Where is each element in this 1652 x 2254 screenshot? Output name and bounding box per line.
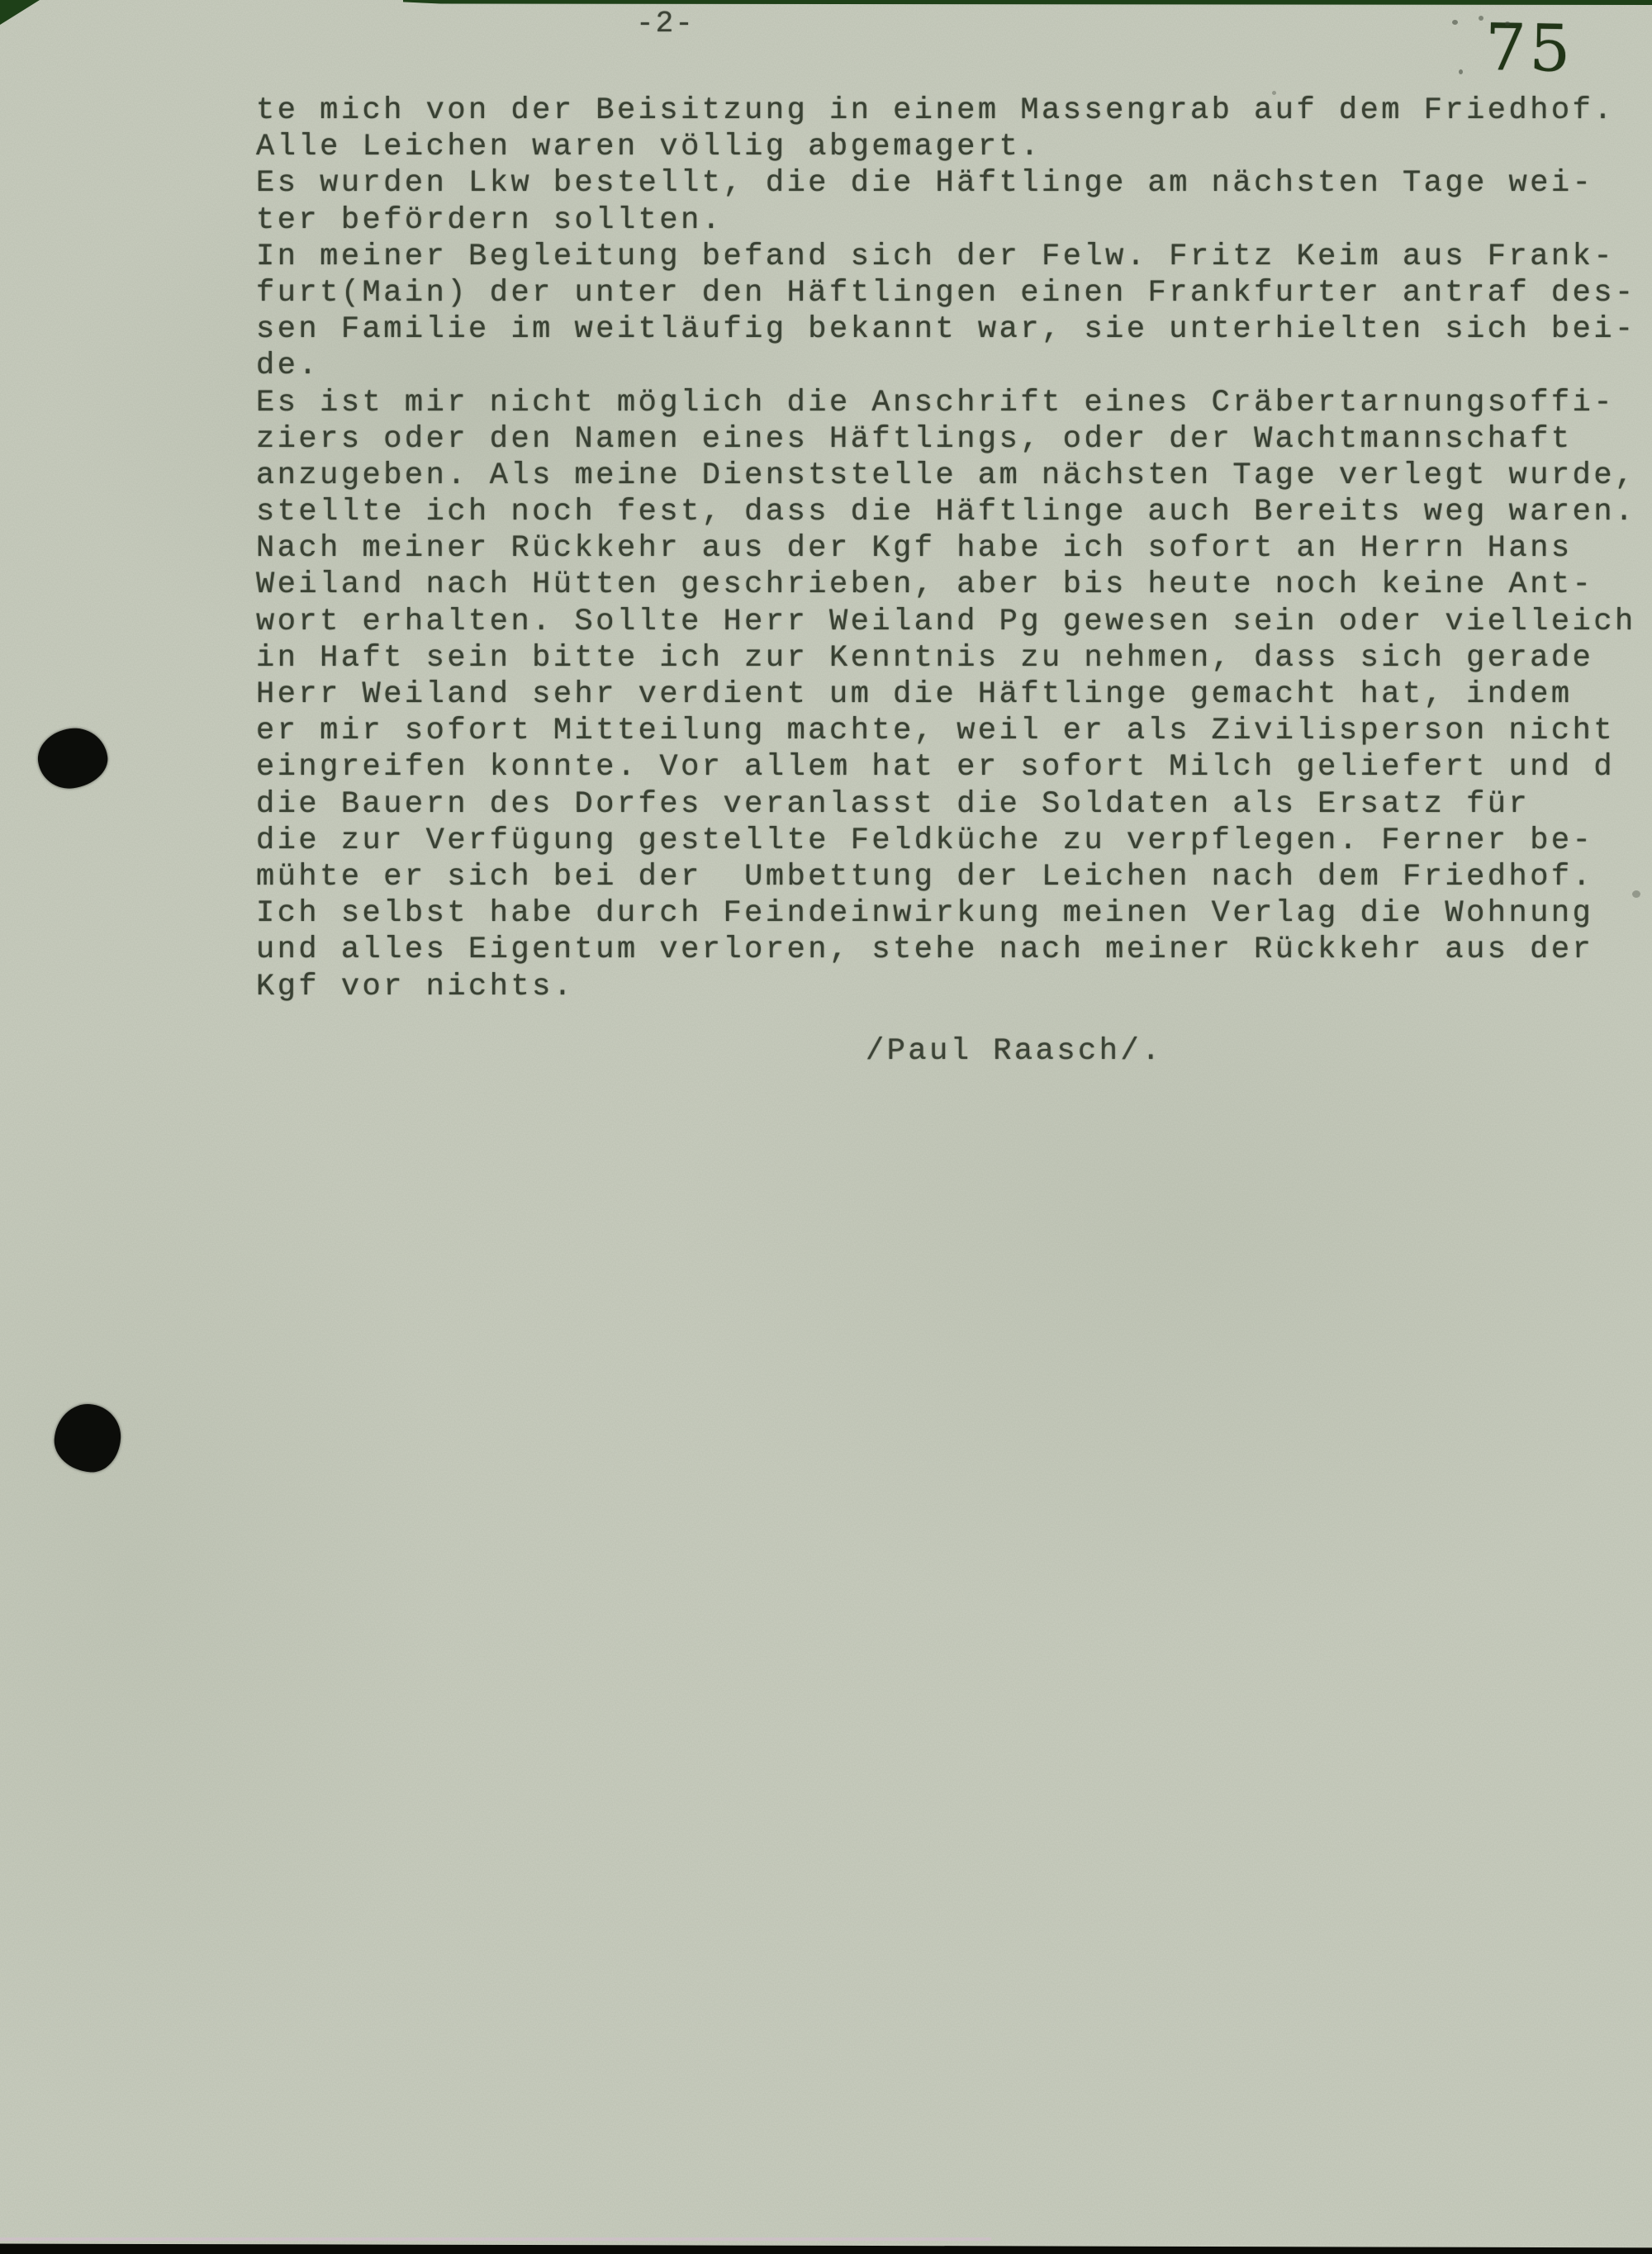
- scan-edge-bottom-tint: [0, 2237, 991, 2241]
- text-line: die zur Verfügung gestellte Feldküche zu…: [256, 823, 1652, 859]
- ink-speck: [1452, 20, 1458, 25]
- text-line: In meiner Begleitung befand sich der Fel…: [256, 239, 1652, 275]
- text-line: und alles Eigentum verloren, stehe nach …: [256, 932, 1652, 968]
- text-line: eingreifen konnte. Vor allem hat er sofo…: [256, 749, 1652, 785]
- punch-hole-top: [34, 724, 111, 793]
- ink-speck: [1479, 16, 1483, 21]
- scan-edge-bottom: [0, 2241, 1652, 2254]
- text-line: te mich von der Beisitzung in einem Mass…: [256, 93, 1652, 129]
- text-line: Alle Leichen waren völlig abgemagert.: [256, 129, 1652, 165]
- text-line: furt(Main) der unter den Häftlingen eine…: [256, 275, 1652, 311]
- text-line: ter befördern sollten.: [256, 202, 1652, 239]
- text-line: anzugeben. Als meine Dienststelle am näc…: [256, 458, 1652, 494]
- page-number: -2-: [636, 7, 695, 40]
- text-line: er mir sofort Mitteilung machte, weil er…: [256, 713, 1652, 749]
- text-line: Es ist mir nicht möglich die Anschrift e…: [256, 385, 1652, 421]
- text-line: Es wurden Lkw bestellt, die die Häftling…: [256, 165, 1652, 202]
- punch-hole-bottom: [52, 1402, 123, 1473]
- text-line: Herr Weiland sehr verdient um die Häftli…: [256, 676, 1652, 713]
- text-line: ziers oder den Namen eines Häftlings, od…: [256, 421, 1652, 458]
- text-line: sen Familie im weitläufig bekannt war, s…: [256, 311, 1652, 348]
- scan-edge-top: [403, 0, 1652, 5]
- text-line: Weiland nach Hütten geschrieben, aber bi…: [256, 567, 1652, 603]
- text-line: Nach meiner Rückkehr aus der Kgf habe ic…: [256, 530, 1652, 567]
- text-line: stellte ich noch fest, dass die Häftling…: [256, 494, 1652, 530]
- ink-speck: [1459, 69, 1463, 74]
- text-line: in Haft sein bitte ich zur Kenntnis zu n…: [256, 640, 1652, 676]
- ink-speck: [1505, 21, 1510, 26]
- scanned-document-page: -2- 75 te mich von der Beisitzung in ein…: [0, 0, 1652, 2254]
- scan-edge-top-left-corner: [0, 0, 40, 25]
- typewritten-text-block: te mich von der Beisitzung in einem Mass…: [256, 93, 1652, 1005]
- text-line: de.: [256, 348, 1652, 384]
- text-line: mühte er sich bei der Umbettung der Leic…: [256, 859, 1652, 895]
- text-line: Kgf vor nichts.: [256, 969, 1652, 1005]
- text-line: die Bauern des Dorfes veranlasst die Sol…: [256, 786, 1652, 823]
- text-line: wort erhalten. Sollte Herr Weiland Pg ge…: [256, 604, 1652, 640]
- text-line: Ich selbst habe durch Feindeinwirkung me…: [256, 895, 1652, 932]
- typed-signature: /Paul Raasch/.: [866, 1034, 1163, 1069]
- folio-number: 75: [1484, 16, 1574, 82]
